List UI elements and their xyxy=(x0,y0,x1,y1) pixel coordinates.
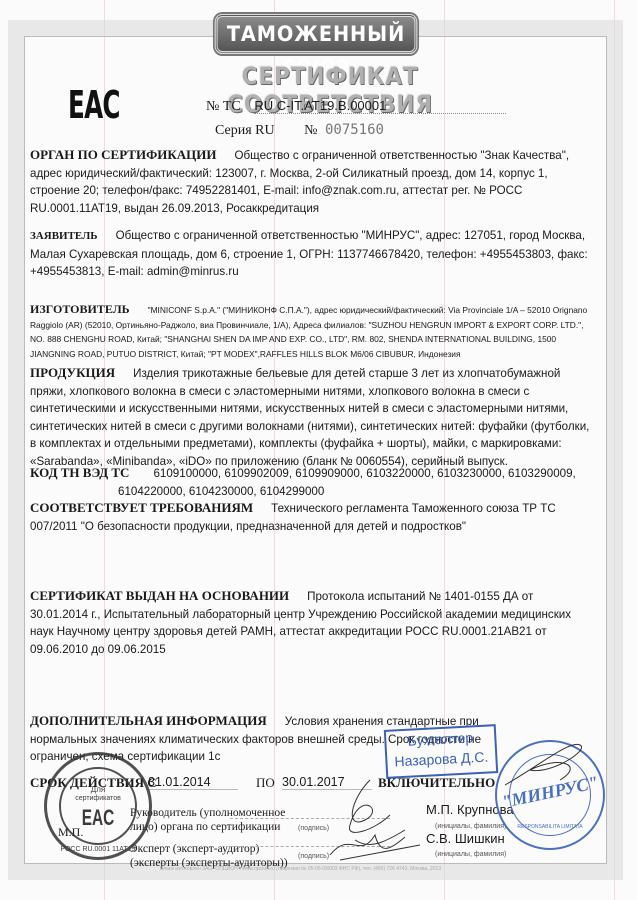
series-row: Серия RU № 0075160 xyxy=(215,122,384,139)
blank-number-label: № xyxy=(304,123,317,138)
section-certification-body: ОРГАН ПО СЕРТИФИКАЦИИОбщество с ограниче… xyxy=(30,146,590,217)
section-complies-with: СООТВЕТСТВУЕТ ТРЕБОВАНИЯМТехнического ре… xyxy=(30,499,590,535)
section-label: КОД ТН ВЭД ТС xyxy=(30,465,129,480)
series-label: Серия RU xyxy=(215,123,275,138)
section-label: СООТВЕТСТВУЕТ ТРЕБОВАНИЯМ xyxy=(30,500,253,515)
company-stamp-bottom: RESPONSABILITA LIMITATA xyxy=(497,824,603,830)
stamp-reg: РОСС RU.0001 11AT19 xyxy=(47,846,149,853)
accountant-stamp: Бухгалтер Назарова Д.С. xyxy=(384,724,498,779)
section-applicant: ЗАЯВИТЕЛЬОбщество с ограниченной ответст… xyxy=(30,227,590,281)
certificate-page: ТАМОЖЕННЫЙ СОЮЗ СЕРТИФИКАТ СООТВЕТСТВИЯ … xyxy=(0,0,637,900)
stamp-text-1: Для xyxy=(47,785,149,794)
certification-body-stamp: Для сертификатов EAC РОСС RU.0001 11AT19 xyxy=(44,752,152,860)
tn-ved-line-1: 6109100000, 6109902009, 6109909000, 6103… xyxy=(153,467,575,480)
eac-logo-icon: EAC xyxy=(68,83,120,127)
validity-from: 31.01.2014 xyxy=(148,775,238,790)
section-product: ПРОДУКЦИЯИзделия трикотажные бельевые дл… xyxy=(30,364,590,470)
validity-to-label: ПО xyxy=(256,775,275,791)
customs-union-banner: ТАМОЖЕННЫЙ СОЮЗ xyxy=(215,14,417,54)
section-label: СЕРТИФИКАТ ВЫДАН НА ОСНОВАНИИ xyxy=(30,588,289,603)
cert-number-label: № ТС xyxy=(206,99,241,114)
name-caption: (инициалы, фамилия) xyxy=(435,848,506,862)
section-text: Общество с ограниченной ответственностью… xyxy=(30,229,588,278)
company-signature-icon xyxy=(500,735,600,795)
section-label: ПРОДУКЦИЯ xyxy=(30,365,115,380)
section-tn-ved-code: КОД ТН ВЭД ТС6109100000, 6109902009, 610… xyxy=(30,464,590,500)
stamp-eac-icon: EAC xyxy=(62,805,133,831)
blank-print-info: Бланк изготовлен ЗАО "ОПЦИОН", www.opcio… xyxy=(160,866,460,872)
section-issued-basis: СЕРТИФИКАТ ВЫДАН НА ОСНОВАНИИПротокола и… xyxy=(30,587,590,658)
blank-number-value: 0075160 xyxy=(325,122,384,138)
section-label: ИЗГОТОВИТЕЛЬ xyxy=(30,302,130,316)
certificate-number: № ТС RU C-IT.AT19.B.00001 xyxy=(206,98,506,115)
expert-signature-icon xyxy=(320,825,430,865)
tn-ved-line-2: 6104220000, 6104230000, 6104299000 xyxy=(118,485,324,498)
section-label: ЗАЯВИТЕЛЬ xyxy=(30,230,98,242)
section-text: Изделия трикотажные бельевые для детей с… xyxy=(30,367,589,468)
expert-name: С.В. Шишкин xyxy=(426,832,505,846)
accountant-stamp-line-2: Назарова Д.С. xyxy=(387,746,496,772)
section-label: ДОПОЛНИТЕЛЬНАЯ ИНФОРМАЦИЯ xyxy=(30,713,267,728)
stamp-text-2: сертификатов xyxy=(47,795,149,802)
cert-number-value: RU C-IT.AT19.B.00001 xyxy=(254,98,506,114)
section-label: ОРГАН ПО СЕРТИФИКАЦИИ xyxy=(30,147,217,162)
section-manufacturer: ИЗГОТОВИТЕЛЬ"MINICONF S.p.A." ("МИНИКОНФ… xyxy=(30,302,590,361)
